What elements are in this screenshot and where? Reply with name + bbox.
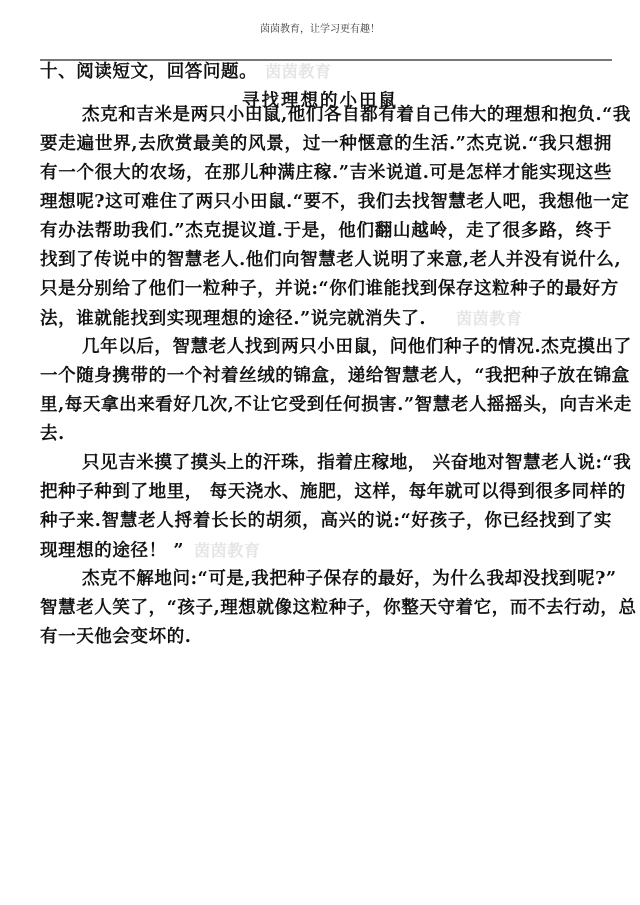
- story-line: 有一天他会变坏的.: [40, 623, 612, 652]
- header-slogan: 茵茵教育，让学习更有趣！: [0, 20, 640, 35]
- story-line: 只见吉米摸了摸头上的汗珠，指着庄稼地， 兴奋地对智慧老人说:“我: [40, 449, 612, 478]
- story-line: 法，谁就能找到实现理想的途径.”说完就消失了.茵茵教育: [40, 304, 612, 333]
- story-line: 要走遍世界,去欣赏最美的风景，过一种惬意的生活.”杰克说.“我只想拥: [40, 130, 612, 159]
- story-line: 现理想的途径！ ”茵茵教育: [40, 536, 612, 565]
- story-line: 把种子种到了地里， 每天浇水、施肥，这样，每年就可以得到很多同样的: [40, 478, 612, 507]
- story-line: 理想呢?这可难住了两只小田鼠.“要不，我们去找智慧老人吧，我想他一定: [40, 188, 612, 217]
- section-heading-text: 十、阅读短文，回答问题。: [40, 62, 257, 82]
- story-line: 一个随身携带的一个衬着丝绒的锦盒，递给智慧老人，“我把种子放在锦盒: [40, 362, 612, 391]
- story-line: 杰克和吉米是两只小田鼠,他们各自都有着自己伟大的理想和抱负.“我: [40, 101, 612, 130]
- story-line: 种子来.智慧老人捋着长长的胡须，高兴的说:“好孩子，你已经找到了实: [40, 507, 612, 536]
- story-line: 有一个很大的农场，在那儿种满庄稼.”吉米说道.可是怎样才能实现这些: [40, 159, 612, 188]
- story-line: 只是分别给了他们一粒种子，并说:“你们谁能找到保存这粒种子的最好方: [40, 275, 612, 304]
- story-line-text: 现理想的途径！ ”: [40, 541, 184, 561]
- story-line: 去.: [40, 420, 612, 449]
- story-line: 有办法帮助我们.”杰克提议道.于是，他们翻山越岭，走了很多路，终于: [40, 217, 612, 246]
- story-line: 找到了传说中的智慧老人.他们向智慧老人说明了来意,老人并没有说什么,: [40, 246, 612, 275]
- story-line: 杰克不解地问:“可是,我把种子保存的最好，为什么我却没找到呢?”: [40, 565, 612, 594]
- watermark: 茵茵教育: [194, 541, 260, 560]
- section-heading: 十、阅读短文，回答问题。茵茵教育: [40, 57, 612, 86]
- story-line: 智慧老人笑了，“孩子,理想就像这粒种子，你整天守着它，而不去行动，总: [40, 594, 612, 623]
- story-line-text: 法，谁就能找到实现理想的途径.”说完就消失了.: [40, 309, 426, 329]
- watermark: 茵茵教育: [265, 62, 331, 81]
- watermark: 茵茵教育: [456, 309, 522, 328]
- story-line: 里,每天拿出来看好几次,不让它受到任何损害.”智慧老人摇摇头，向吉米走: [40, 391, 612, 420]
- story-line: 几年以后，智慧老人找到两只小田鼠，问他们种子的情况.杰克摸出了: [40, 333, 612, 362]
